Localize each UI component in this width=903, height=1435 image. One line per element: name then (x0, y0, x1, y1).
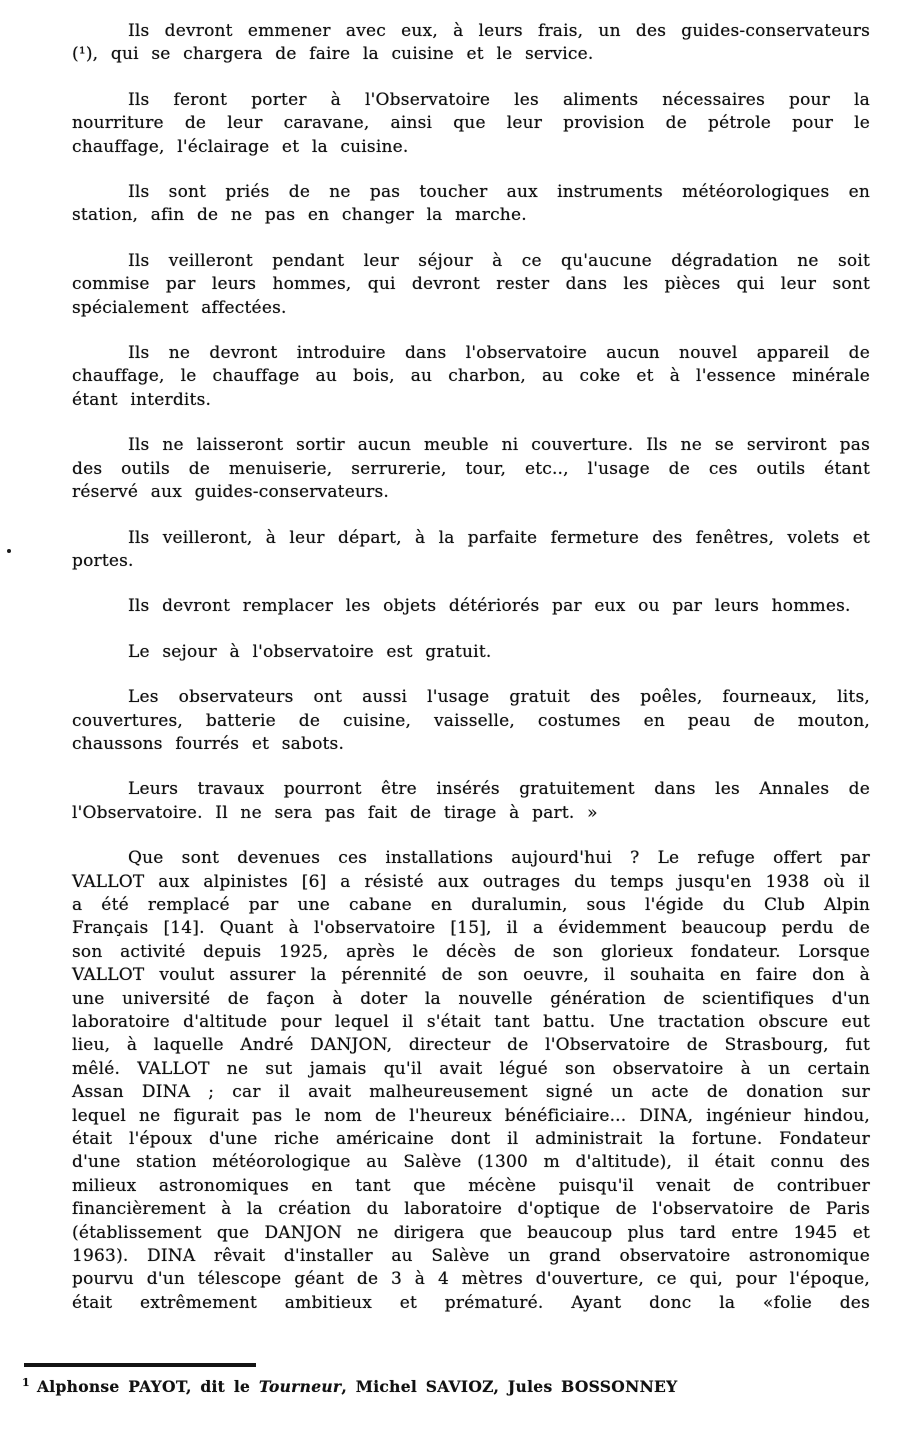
scan-artifact-dot (7, 549, 11, 553)
body-paragraph: Que sont devenues ces installations aujo… (72, 847, 870, 1315)
footnote-divider (24, 1363, 256, 1367)
body-paragraph: Le sejour à l'observatoire est gratuit. (72, 641, 870, 664)
footnote-italic-name: Tourneur (259, 1377, 342, 1396)
footnote-text: 1Alphonse PAYOT, dit le Tourneur, Michel… (22, 1376, 903, 1396)
document-page: Ils devront emmener avec eux, à leurs fr… (0, 0, 903, 1435)
footnote-marker: 1 (22, 1376, 30, 1389)
body-paragraph: Les observateurs ont aussi l'usage gratu… (72, 686, 870, 756)
body-paragraph: Leurs travaux pourront être insérés grat… (72, 778, 870, 825)
body-paragraph: Ils veilleront pendant leur séjour à ce … (72, 250, 870, 320)
body-paragraph: Ils ne devront introduire dans l'observa… (72, 342, 870, 412)
body-paragraph: Ils feront porter à l'Observatoire les a… (72, 89, 870, 159)
body-paragraph: Ils ne laisseront sortir aucun meuble ni… (72, 434, 870, 504)
body-paragraph: Ils veilleront, à leur départ, à la parf… (72, 527, 870, 574)
body-paragraph: Ils devront remplacer les objets détério… (72, 595, 870, 618)
footnote-segment-before: Alphonse PAYOT, dit le (37, 1377, 259, 1396)
document-body: Ils devront emmener avec eux, à leurs fr… (72, 20, 870, 1337)
body-paragraph: Ils devront emmener avec eux, à leurs fr… (72, 20, 870, 67)
footnote-segment-after: , Michel SAVIOZ, Jules BOSSONNEY (341, 1377, 677, 1396)
body-paragraph: Ils sont priés de ne pas toucher aux ins… (72, 181, 870, 228)
footnote: 1Alphonse PAYOT, dit le Tourneur, Michel… (0, 1363, 903, 1396)
